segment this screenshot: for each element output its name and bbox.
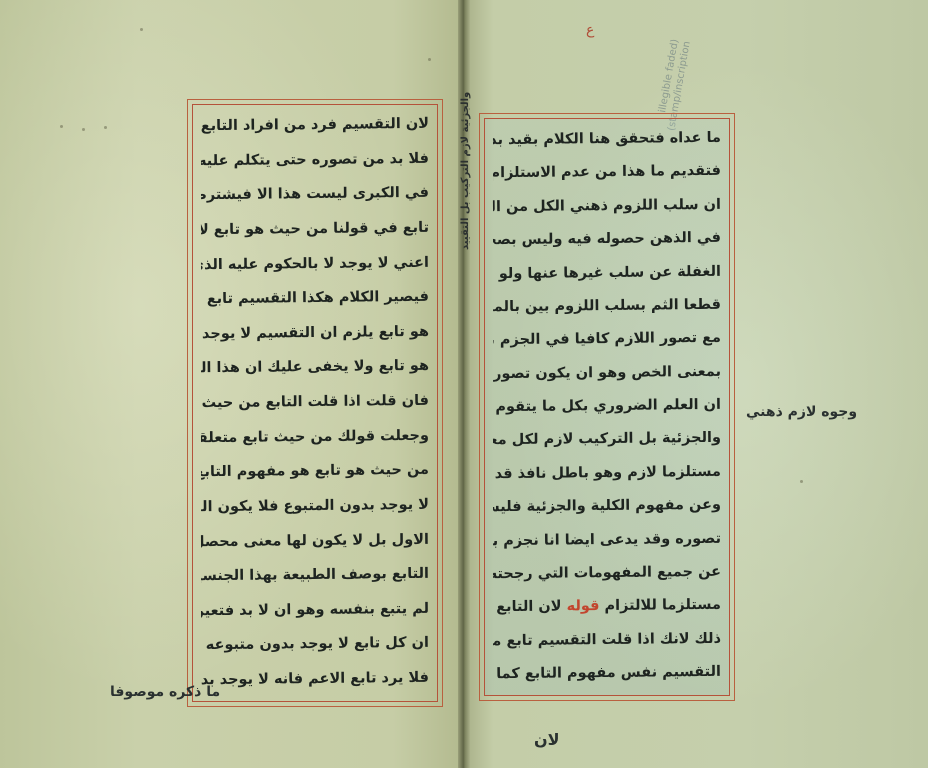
gutter-margin-note: والجزئية لازم التركيب بل التقييد xyxy=(460,92,471,250)
right-margin-note: وجوه لازم ذهني xyxy=(746,404,857,420)
text-line: وعن مفهوم الكلية والجزئية فليس شيء منهما… xyxy=(493,493,721,521)
text-line: الغفلة عن سلب غيرها عنها ولو صح لاستلزم … xyxy=(493,259,721,287)
text-line: فان قلت اذا قلت التابع من حيث هو تابع لا… xyxy=(201,389,429,417)
text-line: من حيث هو تابع هو مفهوم التابع كان المعن… xyxy=(201,458,429,486)
left-text-block: لان التقسيم فرد من افراد التابع لا نفس م… xyxy=(192,104,438,702)
text-line: ما عداه فتحقق هنا الكلام بقيد بدون الالت… xyxy=(493,126,721,154)
paper-speck xyxy=(140,28,143,31)
paper-speck xyxy=(428,58,431,61)
text-line: هو تابع ولا يخفى عليك ان هذا الجنسية الك… xyxy=(201,354,429,382)
text-line: قطعا الثم بسلب اللزوم بين بالمعنى الاعم … xyxy=(493,293,721,321)
text-line: الاول بل لا يكون لها معنى محصل وان اردت … xyxy=(201,527,429,555)
catchword: لان xyxy=(534,730,560,749)
right-lines: ما عداه فتحقق هنا الكلام بقيد بدون الالت… xyxy=(493,127,721,687)
text-line: مع تصور اللازم كافيا في الجزم باللزوم وا… xyxy=(493,326,721,354)
text-line: لا يوجد بدون المتبوع فلا يكون القضية كلي… xyxy=(201,493,429,521)
text-line: ذلك لانك اذا قلت التقسيم تابع من حيث هو … xyxy=(493,626,721,654)
text-line: عن جميع المفهومات التي رجحته على حسب ما … xyxy=(493,560,721,588)
text-line: وجعلت قولك من حيث تابع متعلقا بالتابع فا… xyxy=(201,423,429,451)
text-line: لان التقسيم فرد من افراد التابع لا نفس م… xyxy=(201,112,429,140)
paper-speck xyxy=(60,125,63,128)
text-line: لم يتبع بنفسه وهو ان لا بد فتعين ان الجن… xyxy=(201,597,429,625)
text-line: تابع في قولنا من حيث هو تابع لا يوجد بدو… xyxy=(201,216,429,244)
text-line: هو تابع يلزم ان التقسيم لا يوجد بدون الم… xyxy=(201,320,429,348)
left-lines: لان التقسيم فرد من افراد التابع لا نفس م… xyxy=(201,113,429,693)
left-margin-note: ما ذكره موصوفا xyxy=(110,684,220,700)
red-mark: ع xyxy=(586,22,594,38)
paper-speck xyxy=(104,126,107,129)
right-text-block: ما عداه فتحقق هنا الكلام بقيد بدون الالت… xyxy=(484,118,730,696)
text-line: ان كل تابع لا يوجد بدون متبوعه موصوفا با… xyxy=(201,631,429,659)
text-line: تصوره وقد يدعى ايضا انا نجزم بجواز تعقل … xyxy=(493,526,721,554)
text-line: فلا يرد تابع الاعم فانه لا يوجد بدون متب… xyxy=(201,666,429,694)
rubric-word: قوله xyxy=(561,598,599,614)
text-line: مستلزما لازم وهو باطل نافذ قد يتصور معنى… xyxy=(493,460,721,488)
text-line: مستلزما للالتزام قوله لان التابع في الصغ… xyxy=(493,593,721,621)
text-line: فيصير الكلام هكذا التقسيم تابع وكل تابع … xyxy=(201,285,429,313)
text-line: ان العلم الضروري بكل ما يتقوم بتركيبه لا… xyxy=(493,393,721,421)
text-line: اعني لا يوجد لا بالحكوم عليه الذي هو الت… xyxy=(201,250,429,278)
text-line: ان سلب اللزوم ذهني الكل من المعاني منع ا… xyxy=(493,193,721,221)
text-line: والجزئية بل التركيب لازم لكل معنى مركب م… xyxy=(493,426,721,454)
text-line: التقسيم نفس مفهوم التابع كما يفهم من هذا… xyxy=(493,660,721,688)
text-line: في الكبرى ليست هذا الا فيشترط بل الحكم ف… xyxy=(201,181,429,209)
text-line: بمعنى الخص وهو ان يكون تصور الملزوم مستل… xyxy=(493,359,721,387)
text-line: التابع بوصف الطبيعة بهذا الجنسية وتقييده… xyxy=(201,562,429,590)
paper-speck xyxy=(82,128,85,131)
paper-speck xyxy=(800,480,803,483)
text-line: فتقديم ما هذا من عدم الاستلزام قوله وزعم… xyxy=(493,159,721,187)
text-line: في الذهن حصوله فيه وليس بصحيح فانا نتصور… xyxy=(493,226,721,254)
text-line: فلا بد من تصوره حتى يتكلم عليه قوله لكن … xyxy=(201,146,429,174)
